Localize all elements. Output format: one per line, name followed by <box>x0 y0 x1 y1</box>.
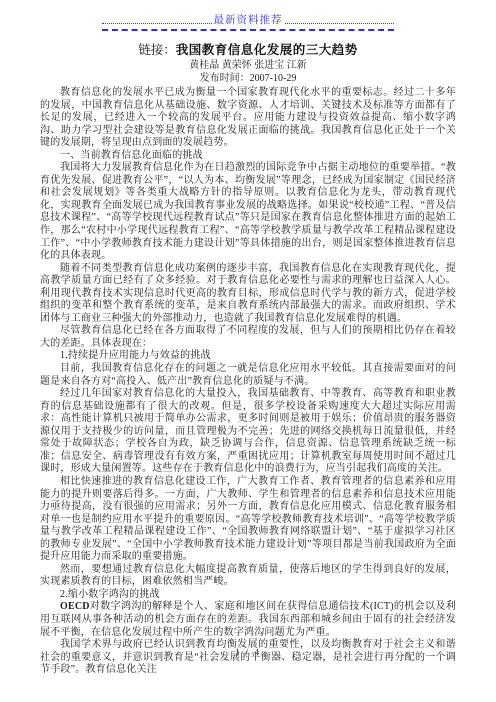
body-paragraph: 我国学术界与政府已经认识到教育均衡发展的重要性，以及均衡教育对于社会主义和谐社会… <box>40 639 456 677</box>
body-paragraph: 经过几年国家对教育信息化的大量投入，我国基础教育、中等教育、高等教育和职业教育的… <box>40 388 456 476</box>
publish-date-label: 发布时间： <box>200 73 250 84</box>
document-body: 教育信息化的发展水平已成为衡量一个国家教育现代化水平的重要标志。经过二十多年的发… <box>40 87 456 677</box>
document-page: 最新资料推荐 链接：我国教育信息化发展的三大趋势 黄桂晶 黄荣怀 张进宝 江新 … <box>0 0 496 702</box>
page-header: 最新资料推荐 <box>102 14 394 31</box>
header-leader-line: 最新资料推荐 <box>102 14 394 27</box>
dotted-leader-right <box>285 23 395 24</box>
publish-date-line: 发布时间：2007-10-29 <box>0 72 496 85</box>
dotted-leader-left <box>102 23 212 24</box>
intro-paragraph: 教育信息化的发展水平已成为衡量一个国家教育现代化水平的重要标志。经过二十多年的发… <box>40 87 456 150</box>
body-paragraph: 然而，要想通过教育信息化大幅度提高教育质量，使落后地区的学生得到良好的发展，实现… <box>40 564 456 589</box>
section-1-heading: 一、当前教育信息化面临的挑战 <box>40 150 456 163</box>
publish-date-value: 2007-10-29 <box>250 73 297 84</box>
title-main: 我国教育信息化发展的三大趋势 <box>176 43 358 57</box>
oecd-term: OECD <box>60 601 90 612</box>
body-paragraph: 随着不同类型教育信息化成功案例的逐步丰富，我国教育信息化在实现教育现代化，提高教… <box>40 263 456 326</box>
paragraph-text: 对数字鸿沟的解释是个人、家庭和地区间在获得信息通信技术(ICT)的机会以及利用互… <box>40 601 456 637</box>
subsection-2-heading: 2.缩小数字鸿沟的挑战 <box>40 589 456 602</box>
header-dashed-divider <box>102 29 394 31</box>
page-number: 1 / 4 <box>0 647 496 657</box>
document-title: 链接：我国教育信息化发展的三大趋势 <box>0 43 496 58</box>
body-paragraph: 相比快速推进的教育信息化建设工作，广大教育工作者、教育管理者的信息素养和应用能力… <box>40 476 456 564</box>
subsection-1-heading: 1.持续提升应用能力与效益的挑战 <box>40 350 456 363</box>
body-paragraph: 目前，我国教育信息化存在的问题之一就是信息化应用水平较低。其直接需要面对的问题是… <box>40 363 456 388</box>
body-paragraph: 我国将大力发展教育信息化作为在日趋激烈的国际竞争中占据主动地位的重要举措。“教育… <box>40 162 456 262</box>
authors-line: 黄桂晶 黄荣怀 张进宝 江新 <box>0 59 496 72</box>
title-prefix: 链接： <box>138 43 176 57</box>
body-paragraph: OECD对数字鸿沟的解释是个人、家庭和地区间在获得信息通信技术(ICT)的机会以… <box>40 601 456 639</box>
header-link[interactable]: 最新资料推荐 <box>212 14 285 27</box>
body-paragraph: 尽管教育信息化已经在各方面取得了不同程度的发展，但与人们的预期相比仍存在着较大的… <box>40 325 456 350</box>
